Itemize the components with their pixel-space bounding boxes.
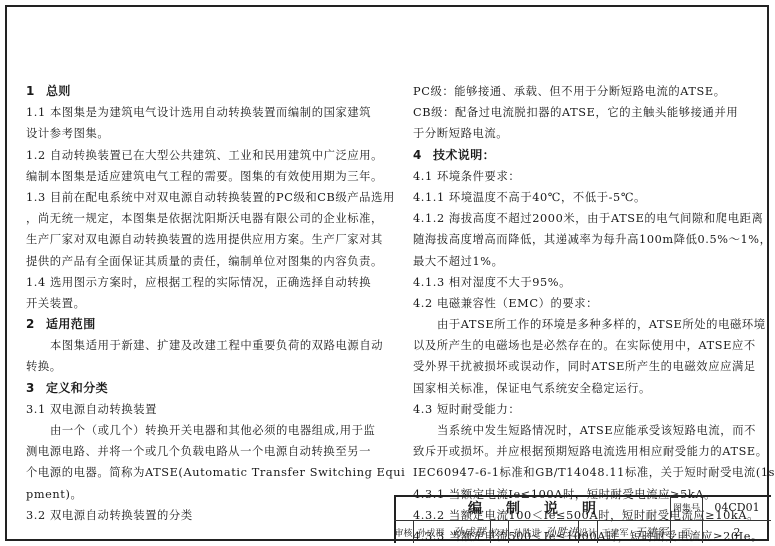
text-line: 3.2 双电源自动转换装置的分类 bbox=[26, 505, 391, 526]
text-line: 4.1.2 海拔高度不超过2000米，由于ATSE的电气间隙和爬电距离 bbox=[413, 208, 763, 229]
section-title: 适用范围 bbox=[46, 317, 96, 331]
text-line: ，尚无统一规定，本图集是依据沈阳斯沃电器有限公司的企业标准， bbox=[26, 208, 391, 229]
text-line: 本图集适用于新建、扩建及改建工程中重要负荷的双路电源自动 bbox=[26, 335, 391, 356]
text-line: 生产厂家对双电源自动转换装置的选用提供应用方案。生产厂家对其 bbox=[26, 229, 391, 250]
section-title: 总则 bbox=[46, 84, 71, 98]
design-label: 设计 bbox=[579, 526, 597, 539]
section-heading: 4技术说明： bbox=[413, 145, 763, 166]
text-line: 4.2 电磁兼容性（EMC）的要求： bbox=[413, 293, 763, 314]
section-heading: 2适用范围 bbox=[26, 314, 391, 335]
text-line: 4.1.1 环境温度不高于40℃，不低于-5℃。 bbox=[413, 187, 763, 208]
text-line: 国家相关标准，保证电气系统安全稳定运行。 bbox=[413, 378, 763, 399]
atlas-no: 04CD01 bbox=[714, 501, 759, 514]
text-line: 编制本图集是适应建筑电气工程的需要。图集的有效使用期为三年。 bbox=[26, 166, 391, 187]
review-label: 审核 bbox=[394, 526, 412, 539]
text-line: 开关装置。 bbox=[26, 293, 391, 314]
designer-cell: 王建军 bbox=[597, 520, 632, 543]
reviewer-cell: 孙成群 bbox=[413, 520, 448, 543]
text-line: 个电源的电器。简称为ATSE(Automatic Transfer Switch… bbox=[26, 462, 391, 483]
section-title: 定义和分类 bbox=[46, 381, 108, 395]
text-line: 1.1 本图集是为建筑电气设计选用自动转换装置而编制的国家建筑 bbox=[26, 102, 391, 123]
text-line: 1.4 选用图示方案时，应根据工程的实际情况，正确选择自动转换 bbox=[26, 272, 391, 293]
designer-signature: 王建军 bbox=[635, 524, 668, 540]
section-number: 3 bbox=[26, 378, 46, 399]
text-line: 由一个（或几个）转换开关电器和其他必须的电器组成,用于监 bbox=[26, 420, 391, 441]
proofread-label: 校对 bbox=[491, 526, 509, 539]
page-number: 2 bbox=[734, 526, 741, 539]
reviewer-signature: 孙成群 bbox=[453, 524, 486, 540]
review-label-cell: 审核 bbox=[394, 520, 413, 543]
title-block: 编制说明 图集号 04CD01 审核 孙成群 孙成群 校对 孙胜进 孙胜进 设计… bbox=[394, 495, 771, 543]
section-heading: 3定义和分类 bbox=[26, 378, 391, 399]
text-line: 1.3 目前在配电系统中对双电源自动转换装置的PC级和CB级产品选用 bbox=[26, 187, 391, 208]
proofreader-signature-cell: 孙胜进 bbox=[545, 520, 578, 543]
text-line: 3.1 双电源自动转换装置 bbox=[26, 399, 391, 420]
page-number-cell: 2 bbox=[702, 520, 771, 543]
text-line: 随海拔高度增高而降低，其递减率为每升高100m降低0.5%～1%， bbox=[413, 229, 763, 250]
proofreader-signature: 孙胜进 bbox=[545, 524, 578, 540]
text-line: 4.3 短时耐受能力： bbox=[413, 399, 763, 420]
text-line: 测电源电路、并将一个或几个负载电路从一个电源自动转换至另一 bbox=[26, 441, 391, 462]
page-label-cell: 页 bbox=[670, 520, 702, 543]
section-number: 4 bbox=[413, 145, 433, 166]
text-line: 当系统中发生短路情况时，ATSE应能承受该短路电流，而不 bbox=[413, 420, 763, 441]
text-line: 于分断短路电流。 bbox=[413, 123, 763, 144]
text-line: 4.1.3 相对湿度不大于95%。 bbox=[413, 272, 763, 293]
text-line: 1.2 自动转换装置已在大型公共建筑、工业和民用建筑中广泛应用。 bbox=[26, 145, 391, 166]
text-line: 受外界干扰被损坏或误动作，同时ATSE所产生的电磁效应应满足 bbox=[413, 356, 763, 377]
text-line: IEC60947-6-1标准和GB/T14048.11标准，关于短时耐受电流(1… bbox=[413, 462, 763, 483]
text-line: 以及所产生的电磁场也是必然存在的。在实际使用中，ATSE应不 bbox=[413, 335, 763, 356]
reviewer-signature-cell: 孙成群 bbox=[448, 520, 490, 543]
atlas-no-label-cell: 图集号 bbox=[670, 495, 702, 520]
left-column: 1总则1.1 本图集是为建筑电气设计选用自动转换装置而编制的国家建筑设计参考图集… bbox=[26, 81, 391, 526]
text-line: 致斥开或损坏。并应根据预期短路电流选用相应耐受能力的ATSE。 bbox=[413, 441, 763, 462]
right-column: PC级：能够接通、承载、但不用于分断短路电流的ATSE。CB级：配备过电流脱扣器… bbox=[413, 81, 763, 546]
designer-name: 王建军 bbox=[601, 526, 628, 539]
proofreader-cell: 孙胜进 bbox=[508, 520, 545, 543]
section-heading: 1总则 bbox=[26, 81, 391, 102]
text-line: 提供的产品有全面保证其质量的责任，编制单位对图集的内容负责。 bbox=[26, 251, 391, 272]
text-line: CB级：配备过电流脱扣器的ATSE，它的主触头能够接通并用 bbox=[413, 102, 763, 123]
section-title: 技术说明： bbox=[433, 148, 495, 162]
text-line: 4.1 环境条件要求： bbox=[413, 166, 763, 187]
text-line: PC级：能够接通、承载、但不用于分断短路电流的ATSE。 bbox=[413, 81, 763, 102]
text-line: pment)。 bbox=[26, 484, 391, 505]
text-line: 最大不超过1%。 bbox=[413, 251, 763, 272]
page-label: 页 bbox=[682, 526, 691, 539]
reviewer-name: 孙成群 bbox=[417, 526, 444, 539]
sheet-title: 编制说明 bbox=[444, 498, 620, 518]
atlas-no-cell: 04CD01 bbox=[702, 495, 771, 520]
section-number: 2 bbox=[26, 314, 46, 335]
proofreader-name: 孙胜进 bbox=[513, 526, 540, 539]
text-line: 转换。 bbox=[26, 356, 391, 377]
atlas-no-label: 图集号 bbox=[673, 501, 700, 514]
proofread-label-cell: 校对 bbox=[490, 520, 508, 543]
title-cell: 编制说明 bbox=[394, 495, 670, 520]
design-label-cell: 设计 bbox=[578, 520, 597, 543]
section-number: 1 bbox=[26, 81, 46, 102]
text-line: 由于ATSE所工作的环境是多种多样的，ATSE所处的电磁环境 bbox=[413, 314, 763, 335]
cropped-watermark bbox=[0, 541, 250, 546]
designer-signature-cell: 王建军 bbox=[632, 520, 670, 543]
text-line: 设计参考图集。 bbox=[26, 123, 391, 144]
